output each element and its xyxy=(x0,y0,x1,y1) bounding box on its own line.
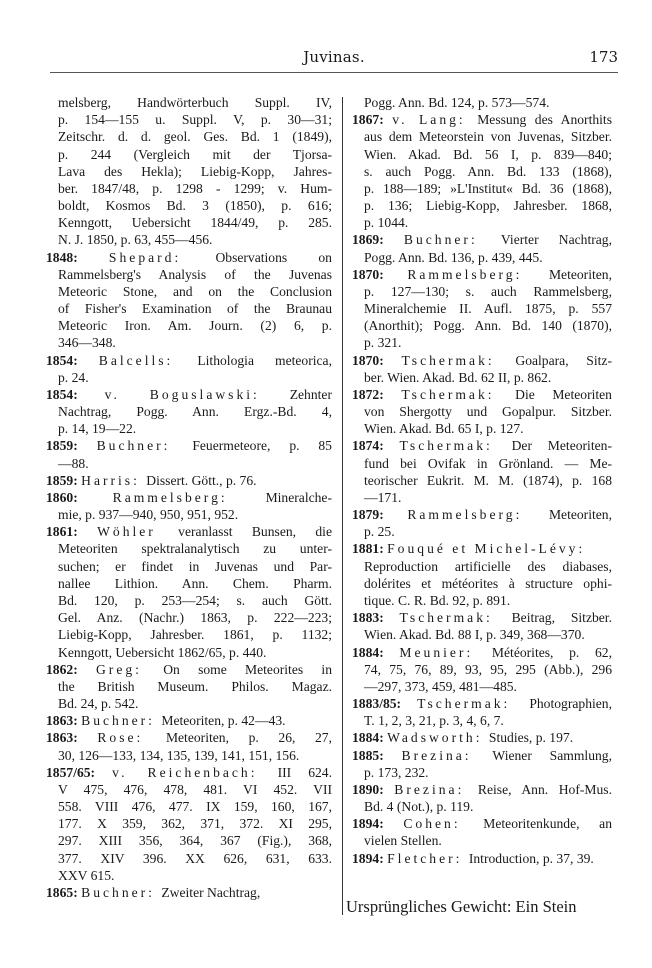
entry-line: 1848: Shepard: Observations on xyxy=(46,249,332,266)
entry-author: Buchner: xyxy=(81,713,161,728)
section-heading: Ursprüngliches Gewicht: Ein Stein xyxy=(346,897,577,917)
entry-year: 1883: xyxy=(352,610,400,625)
entry-text: Zehnter xyxy=(290,387,332,402)
entry-year: 1859: xyxy=(46,438,97,453)
entry-line: mie, p. 937—940, 950, 951, 952. xyxy=(46,506,332,523)
continuation-line: p. 244 (Vergleich mit der Tjorsa- xyxy=(46,146,332,163)
entry-text: Messung des Anorthits xyxy=(477,112,612,127)
entry-text: Vierter Nachtrag, xyxy=(501,232,612,247)
entry-line: Mineralchemie II. Aufl. 1875, p. 557 xyxy=(352,300,612,317)
entry-author: Buchner: xyxy=(97,438,193,453)
entry-author: v. Boguslawski: xyxy=(105,387,290,402)
entry-year: 1862: xyxy=(46,662,96,677)
entry-line: p. 136; Liebig-Kopp, Jahresber. 1868, xyxy=(352,197,612,214)
entry-line: vielen Stellen. xyxy=(352,832,612,849)
entry-year: 1860: xyxy=(46,490,113,505)
entry-year: 1885: xyxy=(352,748,402,763)
entry-line: 1894: Cohen: Meteoritenkunde, an xyxy=(352,815,612,832)
right-column: Pogg. Ann. Bd. 124, p. 573—574.1867: v. … xyxy=(352,94,612,867)
entry-line: 74, 75, 76, 89, 93, 95, 295 (Abb.), 296 xyxy=(352,661,612,678)
entry-line: dolérites et météorites à structure ophi… xyxy=(352,575,612,592)
bibliography-entry: 1894: Cohen: Meteoritenkunde, anvielen S… xyxy=(352,815,612,849)
entry-line: 1857/65: v. Reichenbach: III 624. xyxy=(46,764,332,781)
entry-author: Rammelsberg: xyxy=(113,490,266,505)
entry-line: Meteoric Stone, and on the Conclusion xyxy=(46,283,332,300)
entry-author: Rammelsberg: xyxy=(407,267,549,282)
entry-line: —88. xyxy=(46,455,332,472)
entry-line: 346—348. xyxy=(46,334,332,351)
entry-line: p. 321. xyxy=(352,334,612,351)
entry-author: Meunier: xyxy=(399,645,492,660)
entry-line: 1883: Tschermak: Beitrag, Sitzber. xyxy=(352,609,612,626)
entry-line: —297, 373, 459, 481—485. xyxy=(352,678,612,695)
continuation-line: ber. 1847/48, p. 1298 - 1299; v. Hum- xyxy=(46,180,332,197)
entry-text: Die Meteoriten xyxy=(515,387,612,402)
entry-line: 1883/85: Tschermak: Photographien, xyxy=(352,695,612,712)
entry-line: s. auch Pogg. Ann. Bd. 133 (1868), xyxy=(352,163,612,180)
entry-line: 1884: Meunier: Météorites, p. 62, xyxy=(352,644,612,661)
entry-author: Buchner: xyxy=(404,232,501,247)
continuation-line: p. 154—155 u. Suppl. V, p. 30—31; xyxy=(46,111,332,128)
entry-line: the British Museum. Philos. Magaz. xyxy=(46,678,332,695)
entry-line: Bd. 4 (Not.), p. 119. xyxy=(352,798,612,815)
entry-line: 1863: Buchner: Meteoriten, p. 42—43. xyxy=(46,712,332,729)
bibliography-entry: 1884: Wadsworth: Studies, p. 197. xyxy=(352,729,612,746)
bibliography-entry: 1890: Brezina: Reise, Ann. Hof-Mus.Bd. 4… xyxy=(352,781,612,815)
entry-line: Pogg. Ann. Bd. 136, p. 439, 445. xyxy=(352,249,612,266)
bibliography-entry: 1860: Rammelsberg: Mineralche-mie, p. 93… xyxy=(46,489,332,523)
entry-line: of Fisher's Examination of the Braunau xyxy=(46,300,332,317)
entry-text: Meteoriten, p. 42—43. xyxy=(161,713,285,728)
entry-line: 377. XIV 396. XX 626, 631, 633. xyxy=(46,850,332,867)
entry-line: p. 173, 232. xyxy=(352,764,612,781)
entry-line: T. 1, 2, 3, 21, p. 3, 4, 6, 7. xyxy=(352,712,612,729)
entry-author: Buchner: xyxy=(81,885,161,900)
entry-text: Mineralche- xyxy=(266,490,332,505)
bibliography-entry: 1884: Meunier: Météorites, p. 62,74, 75,… xyxy=(352,644,612,696)
entry-year: 1870: xyxy=(352,267,407,282)
entry-line: Nachtrag, Pogg. Ann. Ergz.-Bd. 4, xyxy=(46,403,332,420)
bibliography-entry: 1861: Wöhler veranlasst Bunsen, dieMeteo… xyxy=(46,523,332,660)
entry-author: v. Reichenbach: xyxy=(112,765,277,780)
entry-line: 1879: Rammelsberg: Meteoriten, xyxy=(352,506,612,523)
entry-line: 1865: Buchner: Zweiter Nachtrag, xyxy=(46,884,332,901)
entry-text: Wiener Sammlung, xyxy=(492,748,612,763)
entry-line: XXV 615. xyxy=(46,867,332,884)
entry-line: 1881: Fouqué et Michel-Lévy: xyxy=(352,540,612,557)
entry-year: 1867: xyxy=(352,112,392,127)
entry-line: 1860: Rammelsberg: Mineralche- xyxy=(46,489,332,506)
bibliography-entry: 1870: Tschermak: Goalpara, Sitz-ber. Wie… xyxy=(352,352,612,386)
entry-line: tique. C. R. Bd. 92, p. 891. xyxy=(352,592,612,609)
running-header: Juvinas. 173 xyxy=(50,44,618,68)
bibliography-entry: 1870: Rammelsberg: Meteoriten,p. 127—130… xyxy=(352,266,612,352)
entry-text: Photographien, xyxy=(529,696,612,711)
bibliography-entry: 1869: Buchner: Vierter Nachtrag,Pogg. An… xyxy=(352,231,612,265)
entry-text: Introduction, p. 37, 39. xyxy=(469,851,594,866)
entry-year: 1884: xyxy=(352,645,399,660)
entry-line: 1854: v. Boguslawski: Zehnter xyxy=(46,386,332,403)
header-rule xyxy=(50,72,618,73)
bibliography-entry: 1848: Shepard: Observations onRammelsber… xyxy=(46,249,332,352)
entry-text: veranlasst Bunsen, die xyxy=(178,524,332,539)
bibliography-entry: 1854: v. Boguslawski: ZehnterNachtrag, P… xyxy=(46,386,332,438)
entry-line: p. 14, 19—22. xyxy=(46,420,332,437)
entry-line: Kenngott, Uebersicht 1862/65, p. 440. xyxy=(46,644,332,661)
left-column: melsberg, Handwörterbuch Suppl. IV,p. 15… xyxy=(46,94,332,901)
entry-line: Bd. 120, p. 253—254; s. auch Gött. xyxy=(46,592,332,609)
entry-author: Wadsworth: xyxy=(387,730,489,745)
entry-author: Wöhler xyxy=(97,524,178,539)
entry-line: p. 1044. xyxy=(352,214,612,231)
entry-text: Météorites, p. 62, xyxy=(492,645,612,660)
entry-line: p. 24. xyxy=(46,369,332,386)
entry-line: 1872: Tschermak: Die Meteoriten xyxy=(352,386,612,403)
entry-line: 1894: Fletcher: Introduction, p. 37, 39. xyxy=(352,850,612,867)
entry-year: 1894: xyxy=(352,851,387,866)
page-number: 173 xyxy=(589,48,618,66)
entry-year: 1863: xyxy=(46,730,97,745)
entry-author: Rammelsberg: xyxy=(407,507,549,522)
entry-text: Zweiter Nachtrag, xyxy=(161,885,260,900)
entry-year: 1894: xyxy=(352,816,403,831)
entry-year: 1854: xyxy=(46,353,99,368)
running-title: Juvinas. xyxy=(50,48,618,66)
entry-author: Brezina: xyxy=(402,748,493,763)
entry-line: Meteoriten spektralanalytisch zu unter- xyxy=(46,540,332,557)
entry-author: Harris: xyxy=(81,473,146,488)
entry-year: 1879: xyxy=(352,507,407,522)
entry-line: 1884: Wadsworth: Studies, p. 197. xyxy=(352,729,612,746)
entry-author: Cohen: xyxy=(403,816,483,831)
continuation-line: Zeitschr. d. d. geol. Ges. Bd. 1 (1849), xyxy=(46,128,332,145)
bibliography-entry: 1872: Tschermak: Die Meteoritenvon Sherg… xyxy=(352,386,612,438)
continuation-line: boldt, Kosmos Bd. 3 (1850), p. 616; xyxy=(46,197,332,214)
entry-text: Meteoriten, xyxy=(549,267,612,282)
entry-line: (Anorthit); Pogg. Ann. Bd. 140 (1870), xyxy=(352,317,612,334)
entry-text: Meteoriten, p. 26, 27, xyxy=(166,730,332,745)
bibliography-entry: 1874: Tschermak: Der Meteoriten-fund bei… xyxy=(352,437,612,506)
bibliography-entry: 1863: Buchner: Meteoriten, p. 42—43. xyxy=(46,712,332,729)
entry-year: 1869: xyxy=(352,232,404,247)
bibliography-entry: 1894: Fletcher: Introduction, p. 37, 39. xyxy=(352,850,612,867)
entry-text: Reise, Ann. Hof-Mus. xyxy=(478,782,612,797)
entry-line: 1861: Wöhler veranlasst Bunsen, die xyxy=(46,523,332,540)
entry-author: Tschermak: xyxy=(401,387,515,402)
entry-text: Meteoriten, xyxy=(549,507,612,522)
entry-line: 1862: Greg: On some Meteorites in xyxy=(46,661,332,678)
entry-line: 1854: Balcells: Lithologia meteorica, xyxy=(46,352,332,369)
entry-line: Wien. Akad. Bd. 65 I, p. 127. xyxy=(352,420,612,437)
entry-line: Bd. 24, p. 542. xyxy=(46,695,332,712)
entry-text: Studies, p. 197. xyxy=(489,730,573,745)
entry-line: Wien. Akad. Bd. 56 I, p. 839—840; xyxy=(352,146,612,163)
entry-line: p. 127—130; s. auch Rammelsberg, xyxy=(352,283,612,300)
bibliography-entry: 1862: Greg: On some Meteorites inthe Bri… xyxy=(46,661,332,713)
bibliography-entry: 1859: Buchner: Feuermeteore, p. 85—88. xyxy=(46,437,332,471)
entry-year: 1883/85: xyxy=(352,696,417,711)
entry-year: 1884: xyxy=(352,730,387,745)
continuation-line: Lava des Hekla); Liebig-Kopp, Jahres- xyxy=(46,163,332,180)
entry-line: 1870: Tschermak: Goalpara, Sitz- xyxy=(352,352,612,369)
entry-year: 1859: xyxy=(46,473,81,488)
entry-text: III 624. xyxy=(278,765,332,780)
bibliography-entry: 1883/85: Tschermak: Photographien,T. 1, … xyxy=(352,695,612,729)
column-divider xyxy=(342,97,343,915)
entry-line: p. 25. xyxy=(352,523,612,540)
entry-line: 1863: Rose: Meteoriten, p. 26, 27, xyxy=(46,729,332,746)
entry-text: Lithologia meteorica, xyxy=(197,353,332,368)
entry-line: suchen; er findet in Juvenas und Par- xyxy=(46,558,332,575)
entry-text: Beitrag, Sitzber. xyxy=(512,610,612,625)
entry-line: 558. VIII 476, 477. IX 159, 160, 167, xyxy=(46,798,332,815)
entry-year: 1872: xyxy=(352,387,401,402)
bibliography-entry: 1883: Tschermak: Beitrag, Sitzber.Wien. … xyxy=(352,609,612,643)
entry-text: Dissert. Gött., p. 76. xyxy=(146,473,256,488)
entry-author: Tschermak: xyxy=(401,353,515,368)
entry-line: Liebig-Kopp, Jahresber. 1861, p. 1132; xyxy=(46,626,332,643)
entry-text: Observations on xyxy=(215,250,332,265)
entry-author: v. Lang: xyxy=(392,112,477,127)
entry-year: 1848: xyxy=(46,250,109,265)
entry-year: 1865: xyxy=(46,885,81,900)
entry-year: 1870: xyxy=(352,353,401,368)
entry-line: —171. xyxy=(352,489,612,506)
entry-line: 1869: Buchner: Vierter Nachtrag, xyxy=(352,231,612,248)
entry-text: Der Meteoriten- xyxy=(512,438,612,453)
entry-author: Brezina: xyxy=(394,782,478,797)
entry-text: Goalpara, Sitz- xyxy=(515,353,612,368)
entry-author: Greg: xyxy=(96,662,163,677)
entry-line: Meteoric Iron. Am. Journ. (2) 6, p. xyxy=(46,317,332,334)
entry-line: von Shergotty und Gopalpur. Sitzber. xyxy=(352,403,612,420)
entry-line: teorischer Eukrit. M. M. (1874), p. 168 xyxy=(352,472,612,489)
entry-author: Rose: xyxy=(97,730,166,745)
entry-year: 1861: xyxy=(46,524,97,539)
bibliography-entry: 1881: Fouqué et Michel-Lévy: Reproductio… xyxy=(352,540,612,609)
bibliography-entry: 1863: Rose: Meteoriten, p. 26, 27,30, 12… xyxy=(46,729,332,763)
entry-year: 1874: xyxy=(352,438,400,453)
continuation-line: Kenngott, Uebersicht 1844/49, p. 285. xyxy=(46,214,332,231)
continuation-line: melsberg, Handwörterbuch Suppl. IV, xyxy=(46,94,332,111)
entry-line: 1859: Buchner: Feuermeteore, p. 85 xyxy=(46,437,332,454)
entry-line: Wien. Akad. Bd. 88 I, p. 349, 368—370. xyxy=(352,626,612,643)
continuation-line: N. J. 1850, p. 63, 455—456. xyxy=(46,231,332,248)
entry-line: Gel. Anz. (Nachr.) 1863, p. 222—223; xyxy=(46,609,332,626)
entry-line: V 475, 476, 478, 481. VI 452. VII xyxy=(46,781,332,798)
continuation-line: Pogg. Ann. Bd. 124, p. 573—574. xyxy=(352,94,612,111)
entry-line: fund bei Ovifak in Grönland. — Me- xyxy=(352,455,612,472)
entry-text: Feuermeteore, p. 85 xyxy=(192,438,332,453)
entry-author: Tschermak: xyxy=(400,610,512,625)
entry-author: Fouqué et Michel-Lévy: xyxy=(387,541,585,556)
entry-line: 177. X 359, 362, 371, 372. XI 295, xyxy=(46,815,332,832)
bibliography-entry: 1854: Balcells: Lithologia meteorica,p. … xyxy=(46,352,332,386)
bibliography-entry: 1857/65: v. Reichenbach: III 624.V 475, … xyxy=(46,764,332,884)
entry-year: 1863: xyxy=(46,713,81,728)
bibliography-entry: 1865: Buchner: Zweiter Nachtrag, xyxy=(46,884,332,901)
entry-year: 1854: xyxy=(46,387,105,402)
entry-text: Meteoritenkunde, an xyxy=(483,816,612,831)
entry-line: p. 188—189; »L'Institut« Bd. 36 (1868), xyxy=(352,180,612,197)
entry-author: Tschermak: xyxy=(400,438,512,453)
entry-line: 1870: Rammelsberg: Meteoriten, xyxy=(352,266,612,283)
bibliography-entry: 1885: Brezina: Wiener Sammlung,p. 173, 2… xyxy=(352,747,612,781)
entry-author: Shepard: xyxy=(109,250,216,265)
entry-line: 297. XIII 356, 364, 367 (Fig.), 368, xyxy=(46,832,332,849)
entry-line: 1874: Tschermak: Der Meteoriten- xyxy=(352,437,612,454)
bibliography-entry: 1867: v. Lang: Messung des Anorthitsaus … xyxy=(352,111,612,231)
entry-line: 1890: Brezina: Reise, Ann. Hof-Mus. xyxy=(352,781,612,798)
entry-line: 1859: Harris: Dissert. Gött., p. 76. xyxy=(46,472,332,489)
bibliography-entry: 1879: Rammelsberg: Meteoriten,p. 25. xyxy=(352,506,612,540)
entry-year: 1857/65: xyxy=(46,765,112,780)
entry-line: ber. Wien. Akad. Bd. 62 II, p. 862. xyxy=(352,369,612,386)
entry-line: 30, 126—133, 134, 135, 139, 141, 151, 15… xyxy=(46,747,332,764)
entry-author: Balcells: xyxy=(99,353,198,368)
entry-line: Reproduction artificielle des diabases, xyxy=(352,558,612,575)
entry-author: Tschermak: xyxy=(417,696,529,711)
entry-author: Fletcher: xyxy=(387,851,469,866)
entry-year: 1890: xyxy=(352,782,394,797)
entry-line: Rammelsberg's Analysis of the Juvenas xyxy=(46,266,332,283)
entry-line: aus dem Meteorstein von Juvenas, Sitzber… xyxy=(352,128,612,145)
entry-text: On some Meteorites in xyxy=(163,662,332,677)
entry-line: 1867: v. Lang: Messung des Anorthits xyxy=(352,111,612,128)
bibliography-entry: 1859: Harris: Dissert. Gött., p. 76. xyxy=(46,472,332,489)
entry-year: 1881: xyxy=(352,541,387,556)
entry-line: 1885: Brezina: Wiener Sammlung, xyxy=(352,747,612,764)
entry-line: nallee Lithion. Ann. Chem. Pharm. xyxy=(46,575,332,592)
